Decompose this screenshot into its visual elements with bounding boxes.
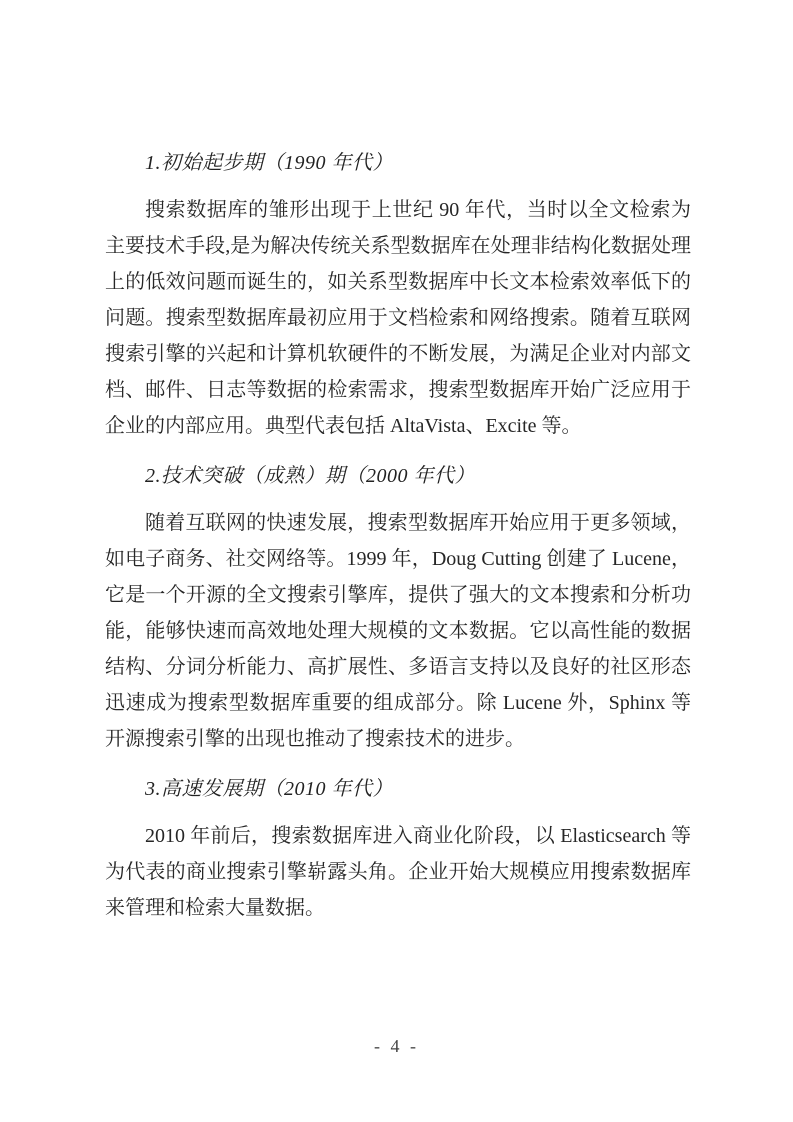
section-body-3: 2010 年前后，搜索数据库进入商业化阶段，以 Elasticsearch 等为… <box>105 818 691 926</box>
page-number: - 4 - <box>0 1036 793 1057</box>
section-rapid-development-stage: 3.高速发展期（2010 年代） 2010 年前后，搜索数据库进入商业化阶段，以… <box>105 771 691 926</box>
document-page: 1.初始起步期（1990 年代） 搜索数据库的雏形出现于上世纪 90 年代，当时… <box>0 0 793 1122</box>
section-body-1: 搜索数据库的雏形出现于上世纪 90 年代，当时以全文检索为主要技术手段,是为解决… <box>105 192 691 444</box>
section-heading-2: 2.技术突破（成熟）期（2000 年代） <box>105 458 691 494</box>
document-content: 1.初始起步期（1990 年代） 搜索数据库的雏形出现于上世纪 90 年代，当时… <box>105 145 691 940</box>
section-heading-1: 1.初始起步期（1990 年代） <box>105 145 691 181</box>
section-heading-3: 3.高速发展期（2010 年代） <box>105 771 691 807</box>
section-initial-stage: 1.初始起步期（1990 年代） 搜索数据库的雏形出现于上世纪 90 年代，当时… <box>105 145 691 444</box>
section-body-2: 随着互联网的快速发展，搜索型数据库开始应用于更多领域，如电子商务、社交网络等。1… <box>105 505 691 757</box>
section-breakthrough-stage: 2.技术突破（成熟）期（2000 年代） 随着互联网的快速发展，搜索型数据库开始… <box>105 458 691 757</box>
